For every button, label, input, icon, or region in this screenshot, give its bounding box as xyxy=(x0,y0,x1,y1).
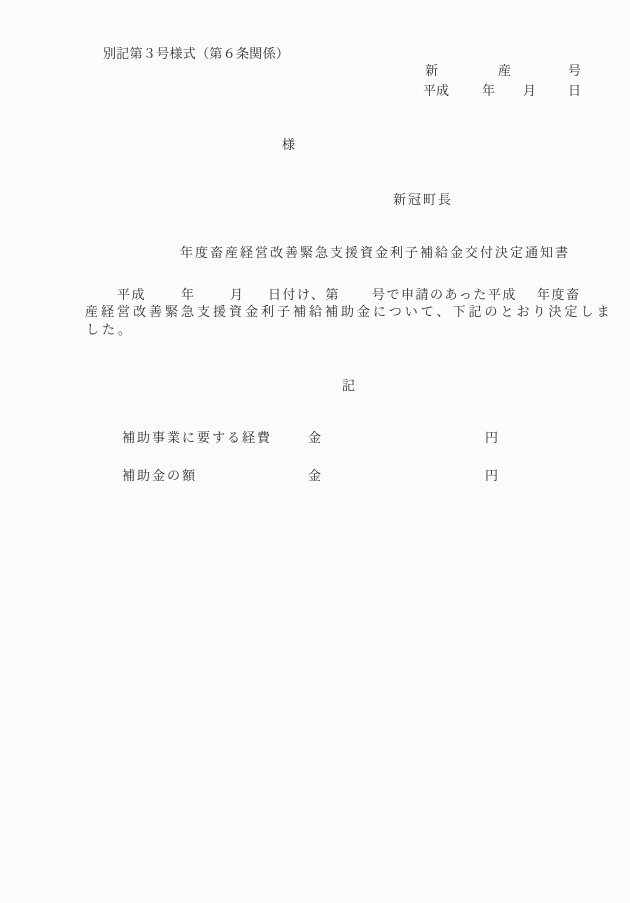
body-line1-application: 号で申請のあった平成 xyxy=(372,289,517,302)
sender-title: 新冠町長 xyxy=(393,194,453,207)
document-title: 年度畜産経営改善緊急支援資金利子補給金交付決定通知書 xyxy=(180,247,570,260)
item-label: 補助金の額 xyxy=(122,470,197,483)
ref-number-part2: 産 xyxy=(498,65,511,78)
body-line1-year: 年 xyxy=(181,289,196,302)
ref-number-part3: 号 xyxy=(568,65,581,78)
body-line-3: した。 xyxy=(86,324,134,337)
item-label: 補助事業に要する経費 xyxy=(122,432,272,445)
record-marker: 記 xyxy=(342,380,355,393)
amount-prefix: 金 xyxy=(308,470,321,483)
body-line1-month: 月 xyxy=(230,289,245,302)
date-month-label: 月 xyxy=(523,85,536,98)
amount-unit: 円 xyxy=(485,432,498,445)
date-day-label: 日 xyxy=(568,85,581,98)
amount-prefix: 金 xyxy=(308,432,321,445)
body-line1-day-dated-no: 日付け、第 xyxy=(268,289,340,302)
date-year-label: 年 xyxy=(482,85,495,98)
document-page: 別記第３号様式（第６条関係） 新 産 号 平成 年 月 日 様 新冠町長 年度畜… xyxy=(0,0,630,903)
body-line1-era: 平成 xyxy=(117,289,146,302)
body-line1-fiscal-year: 年度畜 xyxy=(537,289,581,302)
ref-number-part1: 新 xyxy=(425,65,438,78)
body-line-2: 産経営改善緊急支援資金利子補給補助金について、下記のとおり決定しま xyxy=(85,306,612,319)
date-era-label: 平成 xyxy=(423,85,449,98)
form-style-label: 別記第３号様式（第６条関係） xyxy=(103,48,289,61)
addressee-honorific: 様 xyxy=(282,139,295,152)
amount-unit: 円 xyxy=(485,470,498,483)
